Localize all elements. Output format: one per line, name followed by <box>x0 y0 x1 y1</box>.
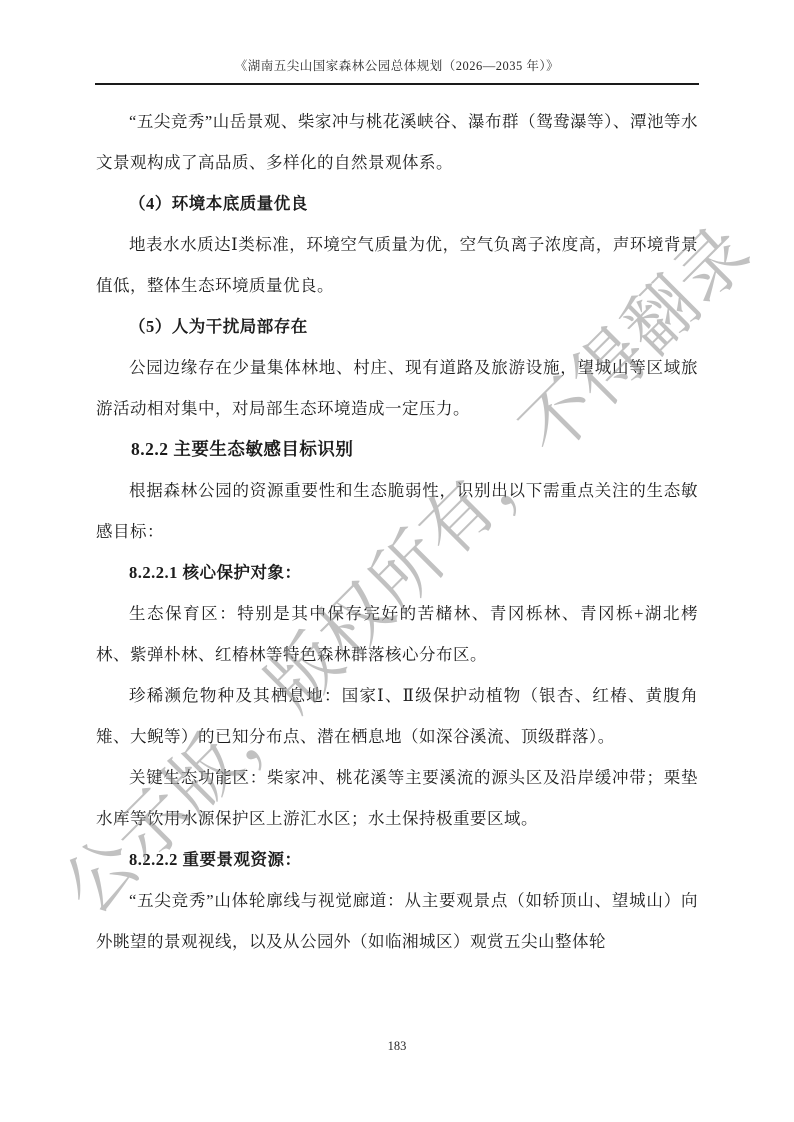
page-header-title: 《湖南五尖山国家森林公园总体规划（2026—2035 年）》 <box>95 56 699 74</box>
section-heading: （4）环境本底质量优良 <box>96 183 698 224</box>
subsection-heading: 8.2.2.2 重要景观资源： <box>96 839 698 880</box>
paragraph: 根据森林公园的资源重要性和生态脆弱性，识别出以下需重点关注的生态敏感目标： <box>96 470 698 552</box>
page-header: 《湖南五尖山国家森林公园总体规划（2026—2035 年）》 <box>95 56 699 85</box>
paragraph: 关键生态功能区：柴家冲、桃花溪等主要溪流的源头区及沿岸缓冲带；栗垫水库等饮用水源… <box>96 757 698 839</box>
paragraph: 珍稀濒危物种及其栖息地：国家Ⅰ、Ⅱ级保护动植物（银杏、红椿、黄腹角雉、大鲵等）的… <box>96 675 698 757</box>
subsection-heading: 8.2.2.1 核心保护对象： <box>96 552 698 593</box>
paragraph: 生态保育区：特别是其中保存完好的苦槠林、青冈栎林、青冈栎+湖北栲林、紫弹朴林、红… <box>96 593 698 675</box>
paragraph: “五尖竞秀”山体轮廓线与视觉廊道：从主要观景点（如轿顶山、望城山）向外眺望的景观… <box>96 880 698 962</box>
page-number: 183 <box>0 1039 794 1054</box>
paragraph: 公园边缘存在少量集体林地、村庄、现有道路及旅游设施，望城山等区域旅游活动相对集中… <box>96 347 698 429</box>
paragraph: “五尖竞秀”山岳景观、柴家冲与桃花溪峡谷、瀑布群（鸳鸯瀑等）、潭池等水文景观构成… <box>96 101 698 183</box>
header-rule <box>95 83 699 85</box>
chapter-heading: 8.2.2 主要生态敏感目标识别 <box>96 429 698 470</box>
page-content: “五尖竞秀”山岳景观、柴家冲与桃花溪峡谷、瀑布群（鸳鸯瀑等）、潭池等水文景观构成… <box>96 101 698 962</box>
paragraph: 地表水水质达Ⅰ类标准，环境空气质量为优，空气负离子浓度高，声环境背景值低，整体生… <box>96 224 698 306</box>
document-page: 《湖南五尖山国家森林公园总体规划（2026—2035 年）》 “五尖竞秀”山岳景… <box>0 0 794 1122</box>
section-heading: （5）人为干扰局部存在 <box>96 306 698 347</box>
